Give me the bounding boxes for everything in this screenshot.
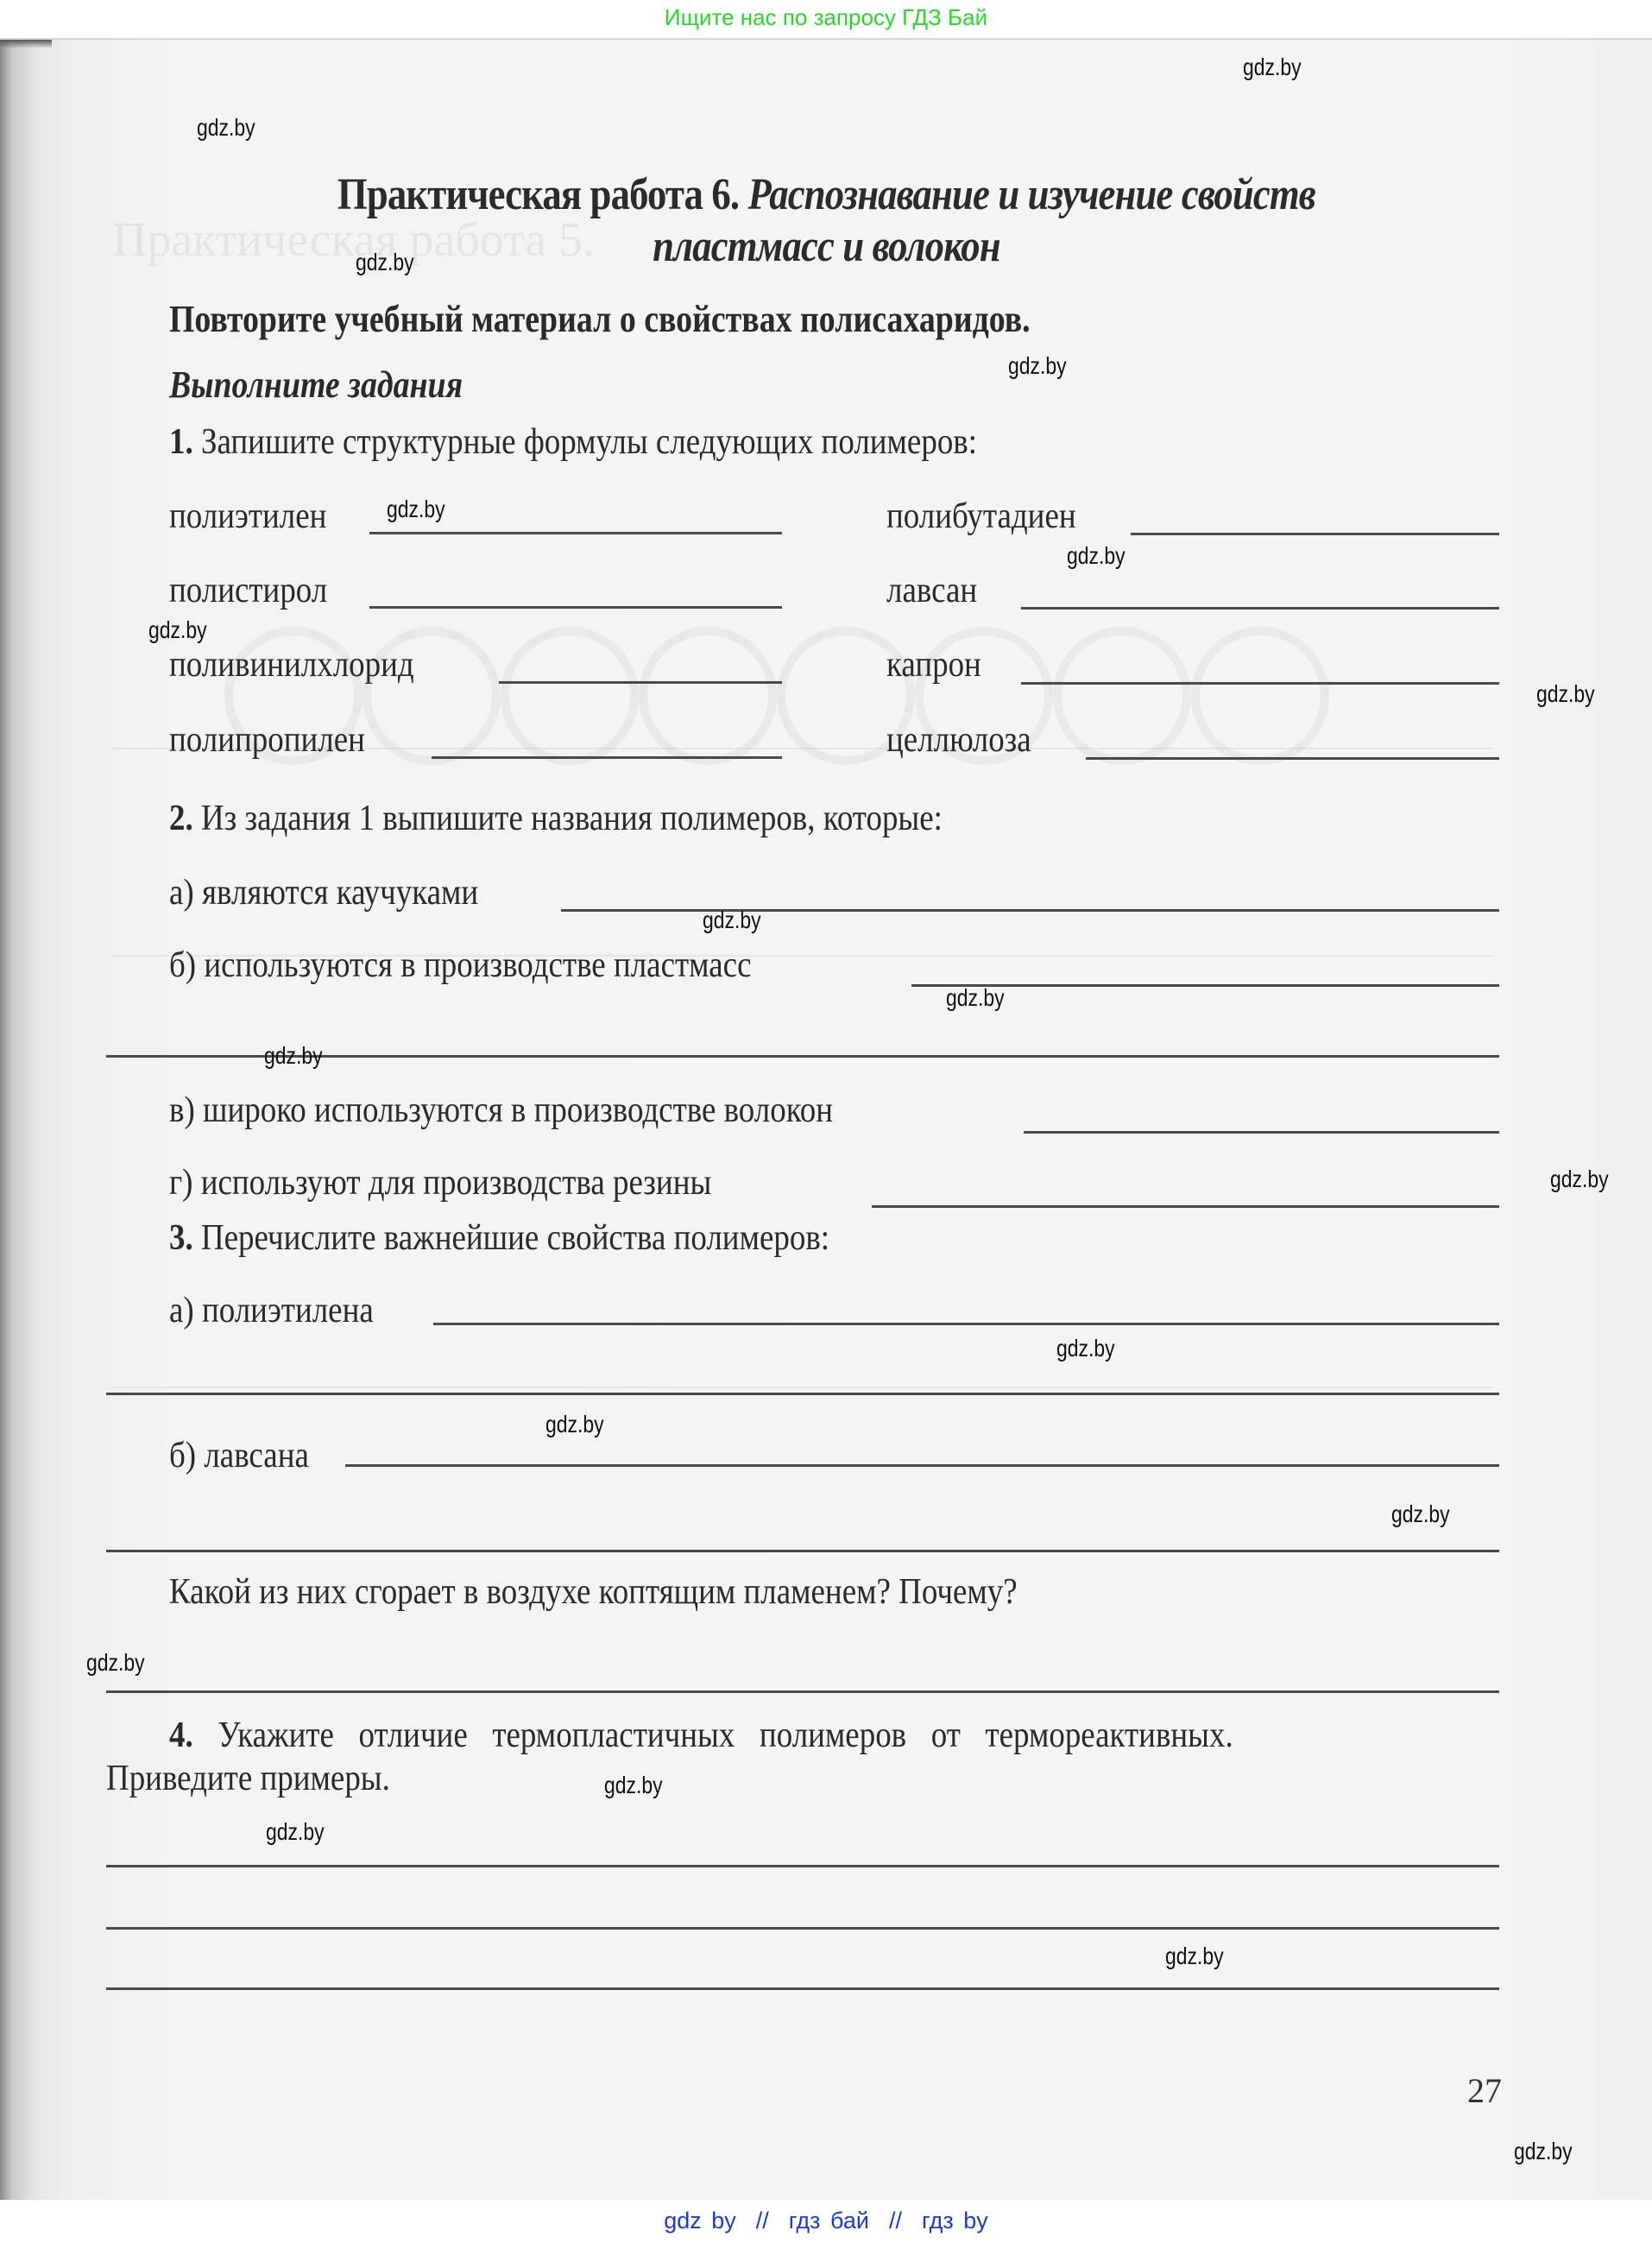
answer-line[interactable] xyxy=(106,1690,1499,1693)
answer-line[interactable] xyxy=(872,1205,1499,1208)
watermark: gdz.by xyxy=(266,1818,325,1846)
watermark: gdz.by xyxy=(264,1042,323,1070)
watermark: gdz.by xyxy=(86,1649,145,1677)
bleed-rule xyxy=(112,1387,1493,1388)
title-topic-line2: пластмасс и волокон xyxy=(653,222,1000,271)
bleed-icon xyxy=(1053,627,1191,765)
answer-line[interactable] xyxy=(1024,1131,1499,1134)
title-prefix: Практическая работа 6. xyxy=(337,170,739,219)
answer-line[interactable] xyxy=(1131,533,1499,535)
bottom-footer: gdz by // гдз бай // гдз by xyxy=(0,2200,1652,2243)
answer-line[interactable] xyxy=(106,1927,1499,1930)
task1-prompt: 1. Запишите структурные формулы следующи… xyxy=(169,421,977,463)
answer-line[interactable] xyxy=(1086,757,1499,760)
top-banner: Ищите нас по запросу ГДЗ Бай xyxy=(0,0,1652,38)
task4-text-line1: Укажите отличие термопластичных полимеро… xyxy=(218,1715,1233,1755)
task3-number: 3. xyxy=(169,1218,193,1258)
watermark: gdz.by xyxy=(1514,2138,1573,2165)
answer-line[interactable] xyxy=(369,606,782,609)
task1-text: Запишите структурные формулы следующих п… xyxy=(201,422,977,462)
watermark: gdz.by xyxy=(1056,1335,1115,1362)
answer-line[interactable] xyxy=(106,1550,1499,1552)
bleed-icon xyxy=(1191,627,1329,765)
task2-number: 2. xyxy=(169,799,193,838)
answer-line[interactable] xyxy=(106,1865,1499,1867)
title-topic-line1: Распознавание и изучение свойств xyxy=(748,170,1315,219)
task2-item: г) используют для производства резины xyxy=(169,1162,711,1204)
task3-question: Какой из них сгорает в воздухе коптящим … xyxy=(169,1571,1018,1613)
banner-text: Ищите нас по запросу ГДЗ Бай xyxy=(665,4,987,30)
watermark: gdz.by xyxy=(946,984,1005,1012)
watermark: gdz.by xyxy=(1243,54,1302,81)
polymer-label: капрон xyxy=(886,644,981,686)
bleed-icon xyxy=(501,627,639,765)
repeat-instruction: Повторите учебный материал о свойствах п… xyxy=(169,297,1031,341)
answer-line[interactable] xyxy=(369,532,782,534)
footer-links-text[interactable]: gdz by // гдз бай // гдз by xyxy=(664,2208,988,2234)
polymer-label: полиэтилен xyxy=(169,496,326,537)
do-tasks-heading: Выполните задания xyxy=(169,363,463,407)
answer-line[interactable] xyxy=(432,756,782,759)
task3-item: б) лавсана xyxy=(169,1435,309,1476)
polymer-label: лавсан xyxy=(886,570,977,611)
watermark: gdz.by xyxy=(387,496,445,523)
watermark: gdz.by xyxy=(1067,542,1126,570)
polymer-label: полибутадиен xyxy=(886,496,1076,537)
watermark: gdz.by xyxy=(545,1411,604,1438)
answer-line[interactable] xyxy=(1021,682,1499,685)
task4-prompt-line1: 4. Укажите отличие термопластичных полим… xyxy=(169,1715,1233,1756)
page-corner-shadow xyxy=(0,40,52,48)
polymer-label: полистирол xyxy=(169,570,327,611)
page-number: 27 xyxy=(1467,2070,1502,2111)
watermark: gdz.by xyxy=(1550,1166,1609,1193)
answer-line[interactable] xyxy=(433,1323,1499,1325)
watermark: gdz.by xyxy=(197,114,255,142)
watermark: gdz.by xyxy=(1536,680,1595,708)
task3-prompt: 3. Перечислите важнейшие свойства полиме… xyxy=(169,1217,829,1259)
answer-line[interactable] xyxy=(1021,607,1499,610)
watermark: gdz.by xyxy=(1165,1943,1224,1970)
watermark: gdz.by xyxy=(1008,352,1067,380)
task3-item: а) полиэтилена xyxy=(169,1290,374,1331)
answer-line[interactable] xyxy=(106,1987,1499,1990)
watermark: gdz.by xyxy=(1391,1501,1450,1528)
task1-number: 1. xyxy=(169,422,193,462)
task2-item: б) используются в производстве пластмасс xyxy=(169,945,751,986)
watermark: gdz.by xyxy=(356,249,414,276)
polymer-label: поливинилхлорид xyxy=(169,644,414,686)
answer-line[interactable] xyxy=(106,1393,1499,1395)
task2-text: Из задания 1 выпишите названия полимеров… xyxy=(201,799,943,838)
watermark: gdz.by xyxy=(703,907,761,934)
bleed-icon xyxy=(639,627,777,765)
polymer-label: целлюлоза xyxy=(886,719,1031,761)
answer-line[interactable] xyxy=(499,681,782,684)
task2-item: в) широко используются в производстве во… xyxy=(169,1090,833,1131)
answer-line[interactable] xyxy=(345,1464,1499,1467)
task3-text: Перечислите важнейшие свойства полимеров… xyxy=(201,1218,829,1258)
page-title-line2: пластмасс и волокон xyxy=(116,221,1536,272)
watermark: gdz.by xyxy=(148,616,207,644)
task4-number: 4. xyxy=(169,1715,193,1755)
page-title-line1: Практическая работа 6. Распознавание и и… xyxy=(116,169,1536,220)
watermark: gdz.by xyxy=(604,1772,663,1799)
task2-prompt: 2. Из задания 1 выпишите названия полиме… xyxy=(169,798,943,839)
task4-prompt-line2: Приведите примеры. xyxy=(106,1758,390,1799)
task2-item: а) являются каучуками xyxy=(169,872,478,913)
polymer-label: полипропилен xyxy=(169,719,365,761)
